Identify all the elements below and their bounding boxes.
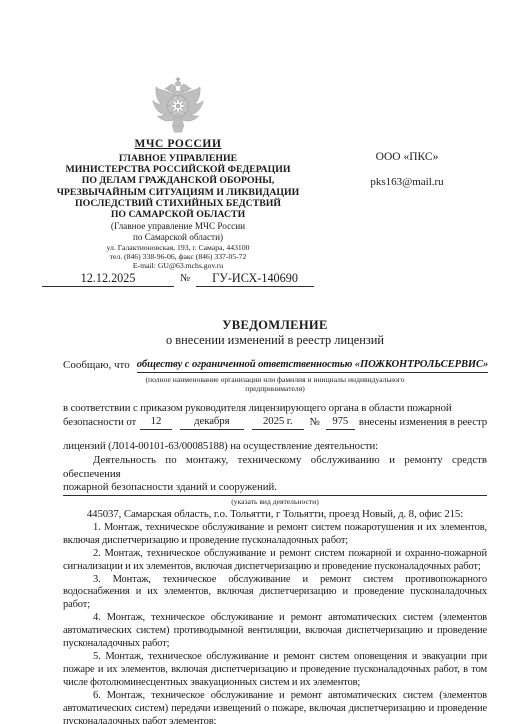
org-name-line: ПО САМАРСКОЙ ОБЛАСТИ xyxy=(42,209,314,220)
org-name-line: ЧРЕЗВЫЧАЙНЫМ СИТУАЦИЯМ И ЛИКВИДАЦИИ xyxy=(42,187,314,198)
order-month: декабря xyxy=(194,415,229,427)
activity-items-list: 1. Монтаж, техническое обслуживание и ре… xyxy=(63,522,487,724)
document-title-block: УВЕДОМЛЕНИЕ о внесении изменений в реест… xyxy=(63,318,487,347)
order-number-sign: № xyxy=(310,416,320,430)
activity-item: 5. Монтаж, техническое обслуживание и ре… xyxy=(63,651,487,690)
org-short-name-line: (Главное управление МЧС России xyxy=(42,221,314,231)
org-name-line: МИНИСТЕРСТВА РОССИЙСКОЙ ФЕДЕРАЦИИ xyxy=(42,164,314,175)
doc-number-field: ГУ-ИСХ-140690 xyxy=(196,271,314,287)
activity-line2: пожарной безопасности зданий и сооружени… xyxy=(63,481,487,496)
order-paragraph-line1: в соответствии с приказом руководителя л… xyxy=(63,402,487,416)
date-field: 12.12.2025 xyxy=(42,271,174,287)
licensee-address: 445037, Самарская область, г.о. Тольятти… xyxy=(63,508,487,521)
order-day-field: 12 xyxy=(140,415,172,430)
order-month-field: декабря xyxy=(180,415,244,430)
org-short-name-line: по Самарской области) xyxy=(42,232,314,242)
activity-item: 3. Монтаж, техническое обслуживание и ре… xyxy=(63,574,487,613)
activity-caption: (указать вид деятельности) xyxy=(65,497,485,506)
sender-block: МЧС РОССИИ ГЛАВНОЕ УПРАВЛЕНИЕ МИНИСТЕРСТ… xyxy=(42,77,314,287)
document-title: УВЕДОМЛЕНИЕ xyxy=(63,318,487,332)
intro-line: Сообщаю, что обществу с ограниченной отв… xyxy=(63,358,487,373)
order-day: 12 xyxy=(151,415,162,427)
document-date: 12.12.2025 xyxy=(81,271,136,285)
org-name-line: ПО ДЕЛАМ ГРАЖДАНСКОЙ ОБОРОНЫ, xyxy=(42,175,314,186)
sender-email-line: E-mail: GU@63.mchs.gov.ru xyxy=(42,262,314,271)
activity-item: 6. Монтаж, техническое обслуживание и ре… xyxy=(63,690,487,724)
order-year-field: 2025 г. xyxy=(252,415,304,430)
org-short-name: (Главное управление МЧС России по Самарс… xyxy=(42,221,314,242)
document-page: МЧС РОССИИ ГЛАВНОЕ УПРАВЛЕНИЕ МИНИСТЕРСТ… xyxy=(0,0,512,724)
mchs-emblem-icon xyxy=(150,77,206,135)
registry-line: лицензий (Л014-00101-63/00085188) на осу… xyxy=(63,440,487,454)
order-number: 975 xyxy=(332,415,348,427)
activity-item: 2. Монтаж, техническое обслуживание и ре… xyxy=(63,548,487,574)
sender-contact-block: ул. Галактионовская, 193, г. Самара, 443… xyxy=(42,244,314,270)
letterhead: МЧС РОССИИ ГЛАВНОЕ УПРАВЛЕНИЕ МИНИСТЕРСТ… xyxy=(0,0,512,287)
order-number-field: 975 xyxy=(326,415,355,430)
document-body: УВЕДОМЛЕНИЕ о внесении изменений в реест… xyxy=(0,318,512,724)
licensee-name: обществу с ограниченной ответственностью… xyxy=(137,359,489,370)
recipient-block: ООО «ПКС» pks163@mail.ru xyxy=(332,77,512,287)
order-suffix: внесены изменения в реестр xyxy=(359,416,487,430)
org-name-line: ГЛАВНОЕ УПРАВЛЕНИЕ xyxy=(42,153,314,164)
activity-item: 4. Монтаж, техническое обслуживание и ре… xyxy=(63,612,487,651)
order-prefix: безопасности от xyxy=(63,416,136,430)
org-name-line: ПОСЛЕДСТВИЙ СТИХИЙНЫХ БЕДСТВИЙ xyxy=(42,198,314,209)
activity-item: 1. Монтаж, техническое обслуживание и ре… xyxy=(63,522,487,548)
date-number-line: 12.12.2025 № ГУ-ИСХ-140690 xyxy=(42,271,314,287)
document-subtitle: о внесении изменений в реестр лицензий xyxy=(63,333,487,347)
recipient-name: ООО «ПКС» xyxy=(332,151,482,163)
document-number: ГУ-ИСХ-140690 xyxy=(212,271,298,285)
order-year: 2025 г. xyxy=(263,415,293,427)
intro-label: Сообщаю, что xyxy=(63,359,130,373)
number-sign: № xyxy=(180,271,190,287)
licensee-caption: (полное наименование организации или фам… xyxy=(124,375,426,393)
licensee-name-field: обществу с ограниченной ответственностью… xyxy=(137,358,489,373)
recipient-email: pks163@mail.ru xyxy=(332,176,482,188)
org-full-name: ГЛАВНОЕ УПРАВЛЕНИЕ МИНИСТЕРСТВА РОССИЙСК… xyxy=(42,153,314,220)
order-paragraph-line2: безопасности от 12 декабря 2025 г. № 975… xyxy=(63,415,487,430)
ministry-short-name: МЧС РОССИИ xyxy=(42,138,314,150)
activity-line1: Деятельность по монтажу, техническому об… xyxy=(63,454,487,481)
